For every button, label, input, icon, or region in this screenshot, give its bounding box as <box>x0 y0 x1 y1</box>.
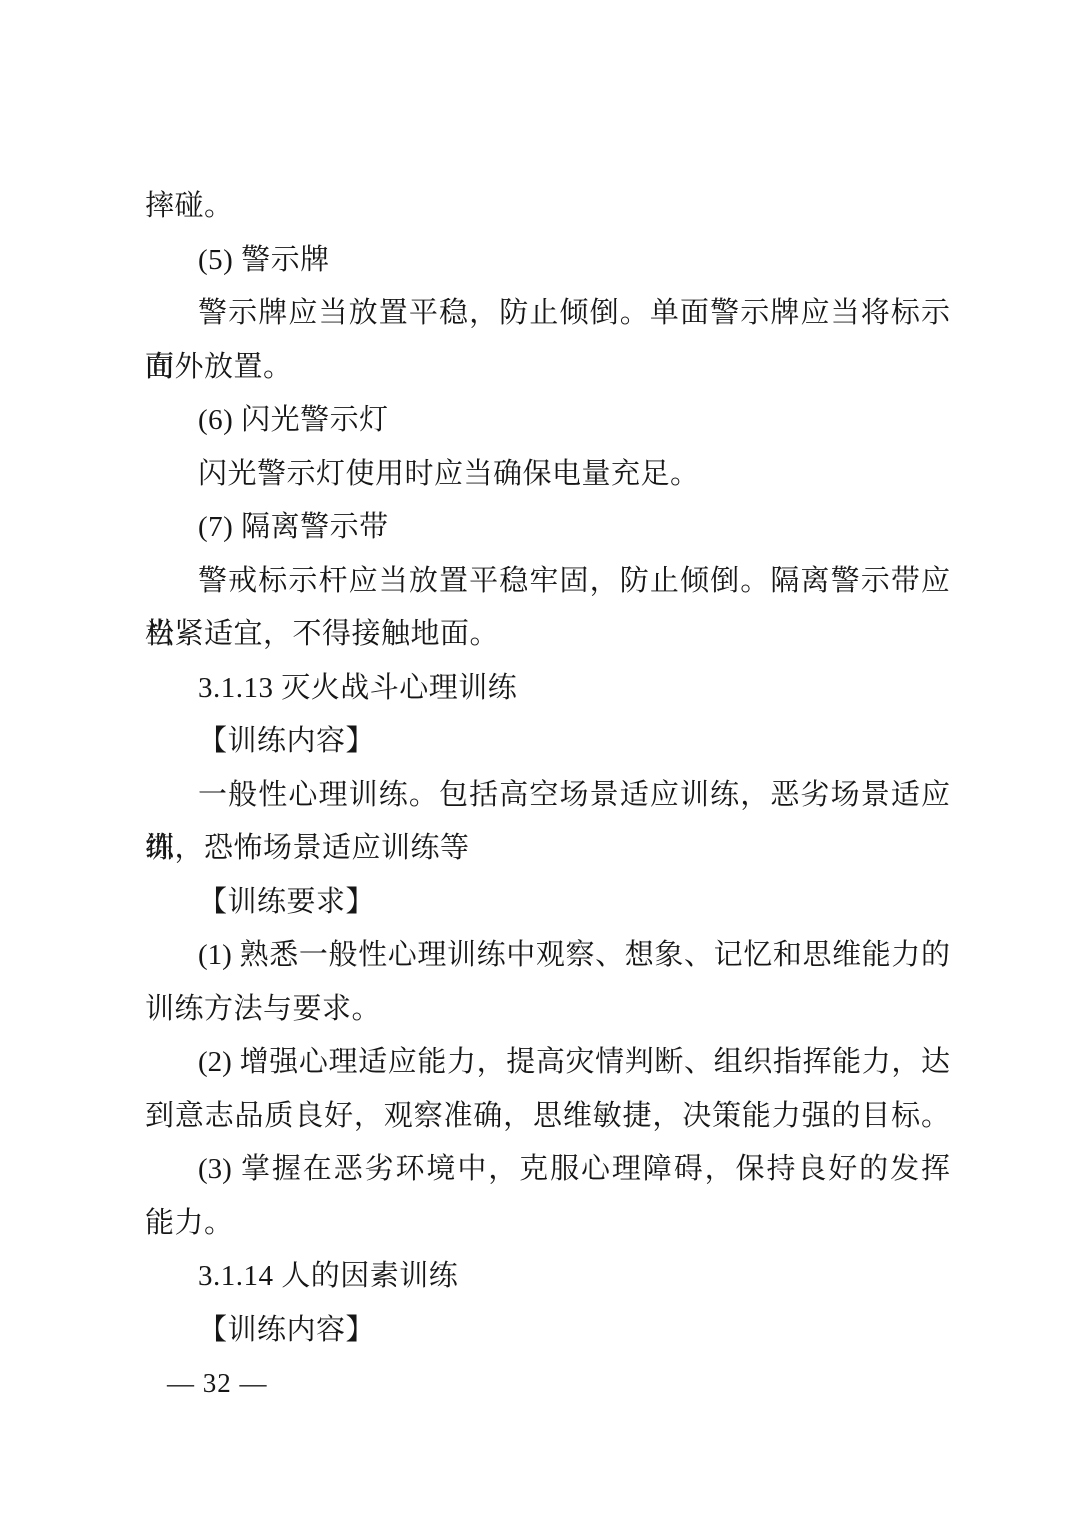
text-line: 警示牌应当放置平稳，防止倾倒。单面警示牌应当将标示面 <box>145 287 950 341</box>
text-line: 松紧适宜，不得接触地面。 <box>145 608 950 662</box>
training-req-heading: 【训练要求】 <box>145 876 950 930</box>
text-line: 到意志品质良好，观察准确，思维敏捷，决策能力强的目标。 <box>145 1090 950 1144</box>
text-line: 警戒标示杆应当放置平稳牢固，防止倾倒。隔离警示带应当 <box>145 555 950 609</box>
text-line: 练，恐怖场景适应训练等 <box>145 822 950 876</box>
text-line: 一般性心理训练。包括高空场景适应训练，恶劣场景适应训 <box>145 769 950 823</box>
page-number: — 32 — <box>145 1357 950 1411</box>
text-line: (3) 掌握在恶劣环境中，克服心理障碍，保持良好的发挥 <box>145 1143 950 1197</box>
text-line: 训练方法与要求。 <box>145 983 950 1037</box>
list-item-7-heading: (7) 隔离警示带 <box>145 501 950 555</box>
text-line: 闪光警示灯使用时应当确保电量充足。 <box>145 448 950 502</box>
training-content-heading: 【训练内容】 <box>145 715 950 769</box>
list-item-6-heading: (6) 闪光警示灯 <box>145 394 950 448</box>
text-line: 能力。 <box>145 1197 950 1251</box>
list-item-5-heading: (5) 警示牌 <box>145 234 950 288</box>
section-heading-3-1-13: 3.1.13 灭火战斗心理训练 <box>145 662 950 716</box>
text-line: 摔碰。 <box>145 180 950 234</box>
text-line: 向外放置。 <box>145 341 950 395</box>
text-line: (2) 增强心理适应能力，提高灾情判断、组织指挥能力，达 <box>145 1036 950 1090</box>
document-page: 摔碰。 (5) 警示牌 警示牌应当放置平稳，防止倾倒。单面警示牌应当将标示面 向… <box>145 180 950 1411</box>
training-content-heading: 【训练内容】 <box>145 1304 950 1358</box>
text-line: (1) 熟悉一般性心理训练中观察、想象、记忆和思维能力的 <box>145 929 950 983</box>
section-heading-3-1-14: 3.1.14 人的因素训练 <box>145 1250 950 1304</box>
